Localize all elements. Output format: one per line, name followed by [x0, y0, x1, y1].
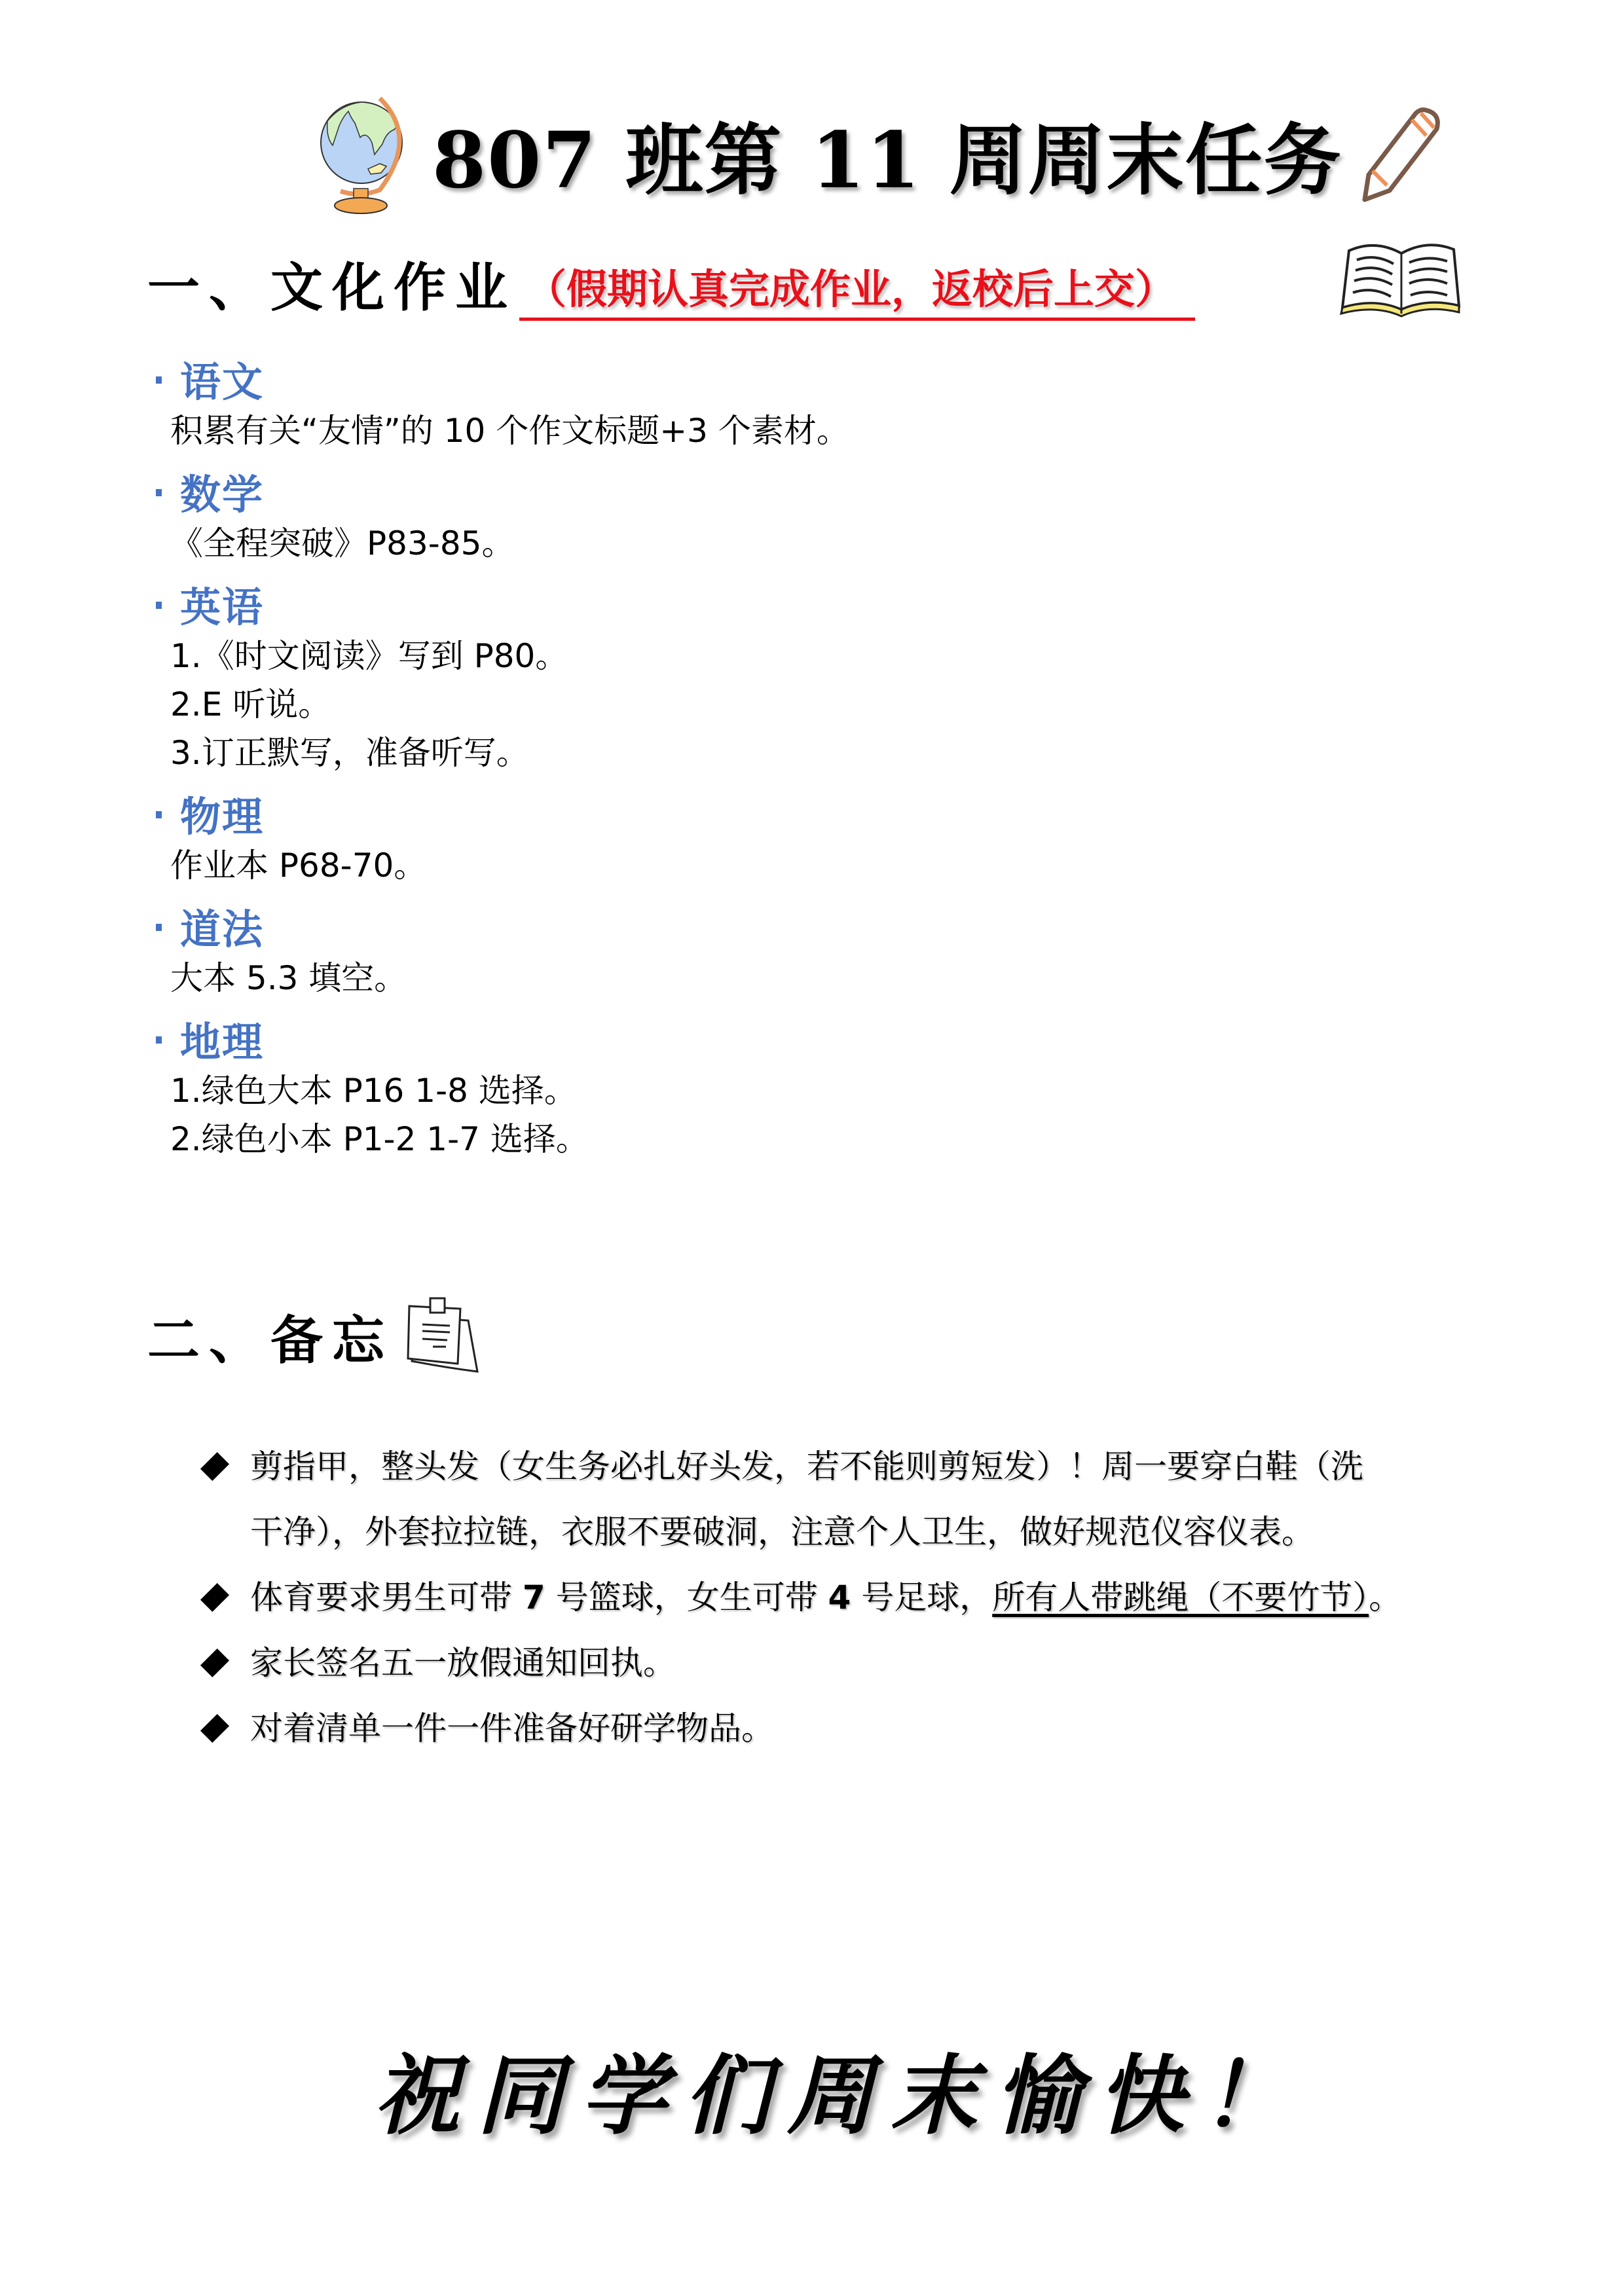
section-homework-heading: 一、文化作业 （假期认真完成作业，返校后上交）: [147, 242, 1195, 321]
jump-rope-note: 所有人带跳绳（不要竹节）: [992, 1578, 1369, 1616]
page-header: 807 班第 11 周周末任务: [314, 92, 1336, 216]
task-line: 2.E 听说。: [156, 680, 1335, 729]
task-line: 作业本 P68-70。: [156, 841, 1335, 890]
memo-text: 家长签名五一放假通知回执。: [250, 1630, 676, 1696]
subject-math: 数学 《全程突破》P83-85。: [156, 463, 1335, 568]
bullet-icon: [156, 602, 162, 609]
subject-list: 语文 积累有关“友情”的 10 个作文标题+3 个素材。 数学 《全程突破》P8…: [156, 350, 1335, 1171]
subject-name: 物理: [180, 784, 264, 843]
subject-name: 道法: [180, 897, 264, 955]
diamond-bullet-icon: [203, 1630, 227, 1696]
open-book-icon: [1329, 232, 1467, 318]
subject-physics: 物理 作业本 P68-70。: [156, 785, 1335, 890]
pencil-icon: [1356, 101, 1447, 206]
diamond-bullet-icon: [203, 1434, 227, 1499]
subject-name: 英语: [180, 575, 264, 633]
subject-geography: 地理 1.绿色大本 P16 1-8 选择。 2.绿色小本 P1-2 1-7 选择…: [156, 1010, 1335, 1163]
memo-text: 对着清单一件一件准备好研学物品。: [250, 1696, 774, 1761]
memo-text: 剪指甲，整头发（女生务必扎好头发，若不能则剪短发）！周一要穿白鞋（洗 干净），外…: [250, 1434, 1363, 1565]
bullet-icon: [156, 811, 162, 818]
diamond-bullet-icon: [203, 1696, 227, 1761]
task-line: 1.绿色大本 P16 1-8 选择。: [156, 1066, 1335, 1115]
submit-note: （假期认真完成作业，返校后上交）: [519, 257, 1195, 321]
subject-name: 语文: [180, 350, 264, 408]
subject-name: 地理: [180, 1010, 264, 1068]
memo-item: 剪指甲，整头发（女生务必扎好头发，若不能则剪短发）！周一要穿白鞋（洗 干净），外…: [203, 1434, 1552, 1565]
memo-item: 家长签名五一放假通知回执。: [203, 1630, 1552, 1696]
globe-icon: [314, 92, 419, 216]
sticky-notes-icon: [400, 1293, 479, 1378]
subject-chinese: 语文 积累有关“友情”的 10 个作文标题+3 个素材。: [156, 350, 1335, 455]
task-line: 1.《时文阅读》写到 P80。: [156, 632, 1335, 680]
closing-message: 祝同学们周末愉快！: [373, 2026, 1264, 2151]
bullet-icon: [156, 924, 162, 931]
memo-item: 对着清单一件一件准备好研学物品。: [203, 1696, 1552, 1761]
section-memo-heading: 二、备忘: [147, 1293, 479, 1378]
bullet-icon: [156, 489, 162, 496]
subject-english: 英语 1.《时文阅读》写到 P80。 2.E 听说。 3.订正默写，准备听写。: [156, 575, 1335, 777]
section-title: 二、备忘: [147, 1298, 394, 1374]
task-line: 《全程突破》P83-85。: [156, 519, 1335, 568]
task-line: 积累有关“友情”的 10 个作文标题+3 个素材。: [156, 407, 1335, 455]
task-line: 3.订正默写，准备听写。: [156, 729, 1335, 777]
diamond-bullet-icon: [203, 1565, 227, 1630]
task-line: 2.绿色小本 P1-2 1-7 选择。: [156, 1115, 1335, 1163]
subject-morality-law: 道法 大本 5.3 填空。: [156, 898, 1335, 1002]
memo-text: 体育要求男生可带 7 号篮球，女生可带 4 号足球，所有人带跳绳（不要竹节）。: [250, 1565, 1401, 1630]
memo-item: 体育要求男生可带 7 号篮球，女生可带 4 号足球，所有人带跳绳（不要竹节）。: [203, 1565, 1552, 1630]
page-title: 807 班第 11 周周末任务: [432, 98, 1342, 210]
bullet-icon: [156, 1036, 162, 1044]
section-title: 一、文化作业: [147, 246, 517, 321]
memo-list: 剪指甲，整头发（女生务必扎好头发，若不能则剪短发）！周一要穿白鞋（洗 干净），外…: [203, 1434, 1552, 1761]
subject-name: 数学: [180, 462, 264, 520]
task-line: 大本 5.3 填空。: [156, 954, 1335, 1002]
bullet-icon: [156, 376, 162, 384]
